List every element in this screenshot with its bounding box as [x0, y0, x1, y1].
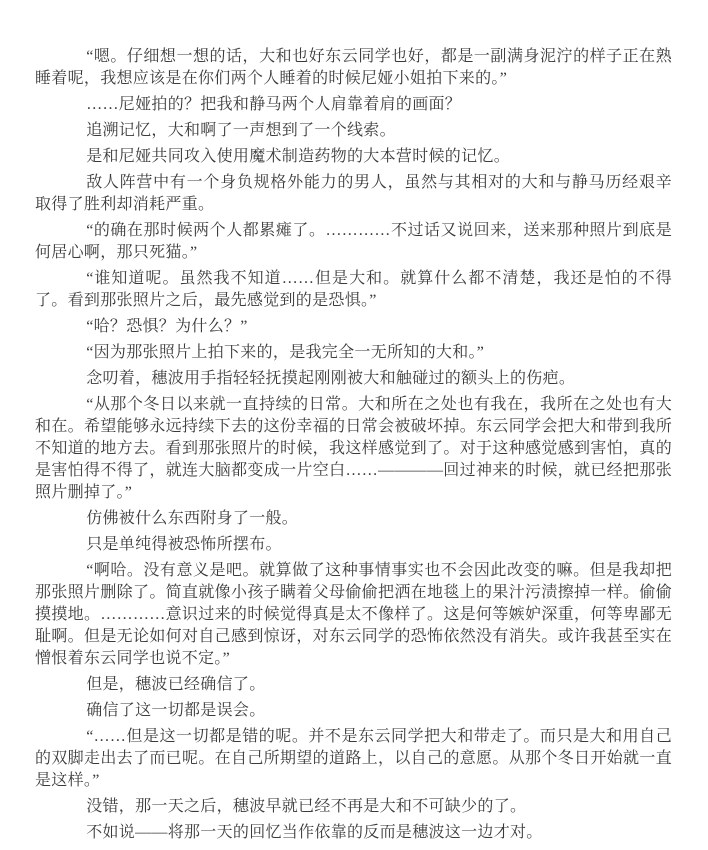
paragraph: “因为那张照片上拍下来的，是我完全一无所知的大和。”: [35, 342, 672, 364]
paragraph: ……尼娅拍的？把我和静马两个人肩靠着肩的画面？: [35, 94, 672, 116]
paragraph: 没错，那一天之后，穗波早就已经不再是大和不可缺少的了。: [35, 796, 672, 818]
paragraph: “谁知道呢。虽然我不知道……但是大和。就算什么都不清楚，我还是怕的不得了。看到那…: [35, 268, 672, 312]
paragraph: 但是，穗波已经确信了。: [35, 674, 672, 696]
paragraph: “嗯。仔细想一想的话，大和也好东云同学也好，都是一副满身泥泞的样子正在熟睡着呢，…: [35, 46, 672, 90]
paragraph: “啊哈。没有意义是吧。就算做了这种事情事实也不会因此改变的嘛。但是我却把那张照片…: [35, 560, 672, 670]
paragraph: 只是单纯得被恐怖所摆布。: [35, 534, 672, 556]
paragraph: 仿佛被什么东西附身了一般。: [35, 508, 672, 530]
document-page: “嗯。仔细想一想的话，大和也好东云同学也好，都是一副满身泥泞的样子正在熟睡着呢，…: [0, 0, 708, 850]
paragraph: 不如说——将那一天的回忆当作依靠的反而是穗波这一边才对。: [35, 822, 672, 844]
paragraph: “……但是这一切都是错的呢。并不是东云同学把大和带走了。而只是大和用自己的双脚走…: [35, 726, 672, 792]
paragraph: 是和尼娅共同攻入使用魔术制造药物的大本营时候的记忆。: [35, 146, 672, 168]
paragraph: “的确在那时候两个人都累瘫了。…………不过话又说回来，送来那种照片到底是何居心啊…: [35, 220, 672, 264]
paragraph: 追溯记忆，大和啊了一声想到了一个线索。: [35, 120, 672, 142]
paragraph: 念叨着，穗波用手指轻轻抚摸起刚刚被大和触碰过的额头上的伤疤。: [35, 368, 672, 390]
paragraph: “从那个冬日以来就一直持续的日常。大和所在之处也有我在，我所在之处也有大和在。希…: [35, 394, 672, 504]
paragraph: 敌人阵营中有一个身负规格外能力的男人，虽然与其相对的大和与静马历经艰辛取得了胜利…: [35, 172, 672, 216]
paragraph: “哈？恐惧？为什么？”: [35, 316, 672, 338]
paragraph-list: “嗯。仔细想一想的话，大和也好东云同学也好，都是一副满身泥泞的样子正在熟睡着呢，…: [35, 46, 672, 844]
paragraph: 确信了这一切都是误会。: [35, 700, 672, 722]
